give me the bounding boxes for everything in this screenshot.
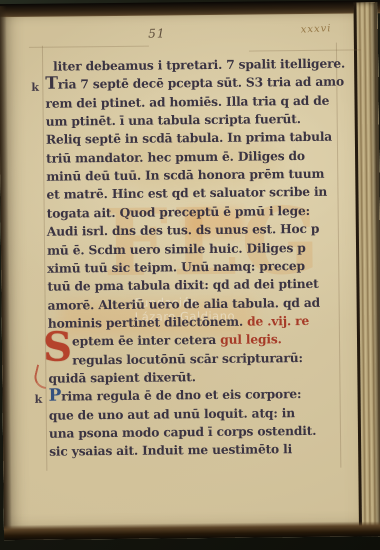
manuscript-line: sic ysaias ait. Induit me uestimēto li <box>49 440 292 461</box>
text-block: liter debeamus i tpretari. 7 spalit itel… <box>45 55 349 468</box>
ruling-line-top <box>249 49 361 51</box>
ruling-line-top <box>29 46 149 48</box>
body-text: una psona modo capud ī corps ostendit. <box>49 423 316 441</box>
body-text: regulas locutōnū scār scripturarū: <box>72 350 303 367</box>
manuscript-line: regulas locutōnū scār scripturarū: <box>48 349 303 370</box>
manuscript-line: quidā sapient dixerūt. <box>48 368 196 388</box>
body-text: hominis pertinet dilectōnem. <box>48 314 247 331</box>
body-text: sic ysaias ait. Induit me uestimēto li <box>49 441 292 459</box>
corner-inscription: xxxvi <box>301 23 332 35</box>
body-text: eptem ēe inter cetera <box>72 332 220 349</box>
body-text: Reliq septē in scdā tabula. In prima tab… <box>46 129 332 147</box>
body-text: que de uno aut ad unū loquit. atq: in <box>49 405 295 423</box>
body-text: mū ē. Scdm uero simile huic. Diliges p <box>47 239 306 257</box>
folio-number: 51 <box>142 26 172 40</box>
margin-mark: k <box>31 79 39 96</box>
body-text: Audi isrl. dns des tus. ds unus est. Hoc… <box>47 221 320 239</box>
body-text: togata ait. Quod preceptū ē pmū i lege: <box>47 203 310 221</box>
book-bottom-edge <box>4 521 380 540</box>
body-text: et matrē. Hinc est qd et saluator scribe… <box>46 184 327 202</box>
rubric-text: de .vij. re <box>247 313 309 329</box>
book-page: FLG Fundación Lázaro Galdiano 51 xxxvi l… <box>0 2 380 540</box>
body-text: rem dei ptinet. ad homiēs. Illa tria q a… <box>45 92 329 110</box>
book-gutter-edge <box>0 6 12 540</box>
enlarged-initial: T <box>45 74 58 94</box>
body-text: minū deū tuū. In scdā honora prēm tuum <box>46 166 324 184</box>
body-text: tuū de pma tabula dixit: qd ad dei ptine… <box>47 276 318 294</box>
manuscript-line: eptem ēe inter cetera gul legis. <box>48 330 282 351</box>
dropcap-initial: S <box>43 328 73 368</box>
body-text: quidā sapient dixerūt. <box>48 369 196 386</box>
book-fore-edge <box>353 2 380 536</box>
body-text: um ptinēt. ī una tabula scripta fuerūt. <box>46 111 301 129</box>
manuscript-photo: FLG Fundación Lázaro Galdiano 51 xxxvi l… <box>0 0 380 550</box>
body-text: rima regula ē de dno et eis corpore: <box>61 386 301 404</box>
rubric-text: gul legis. <box>220 331 282 347</box>
body-text: ximū tuū sic teipm. Unū namq: precep <box>47 258 305 276</box>
body-text: triū mandator. hec pmum ē. Diliges do <box>46 148 305 166</box>
margin-mark: k <box>35 391 43 408</box>
blue-initial: P <box>48 386 61 406</box>
body-text: amorē. Alteriū uero de alia tabula. qd a… <box>48 294 321 312</box>
body-text: liter debeamus i tpretari. 7 spalit itel… <box>53 56 345 74</box>
body-text: ria 7 septē decē pcepta sūt. S3 tria ad … <box>58 74 344 92</box>
book-top-edge <box>0 0 380 17</box>
